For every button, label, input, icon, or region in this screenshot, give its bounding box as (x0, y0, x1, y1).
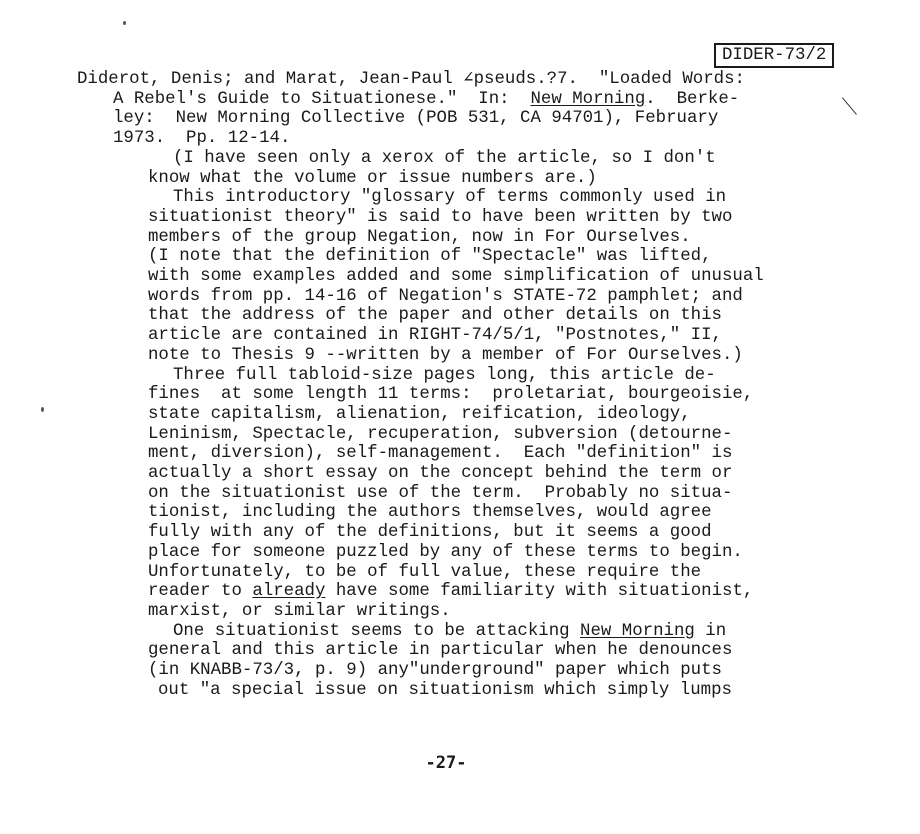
text-line: out "a special issue on situationism whi… (158, 681, 732, 701)
text-line: that the address of the paper and other … (148, 306, 722, 326)
text-line: know what the volume or issue numbers ar… (148, 169, 597, 189)
text-line: ley: New Morning Collective (POB 531, CA… (113, 109, 718, 129)
underlined-title: New Morning (530, 90, 645, 109)
text-segment: Leninism, Spectacle, recuperation, subve… (148, 425, 732, 444)
text-segment: state capitalism, alienation, reificatio… (148, 405, 691, 424)
text-line: members of the group Negation, now in Fo… (148, 228, 691, 248)
text-line: general and this article in particular w… (148, 641, 732, 661)
text-line: note to Thesis 9 --written by a member o… (148, 346, 743, 366)
text-line: with some examples added and some simpli… (148, 267, 764, 287)
text-segment: fully with any of the definitions, but i… (148, 523, 712, 542)
text-segment: This introductory "glossary of terms com… (173, 188, 726, 207)
document-code-label: DIDER-73/2 (714, 43, 834, 68)
text-segment: out "a special issue on situationism whi… (158, 681, 732, 700)
text-segment: situationist theory" is said to have bee… (148, 208, 732, 227)
text-line: 1973. Pp. 12-14. (113, 129, 290, 149)
text-segment: that the address of the paper and other … (148, 306, 722, 325)
underlined-title: already (252, 582, 325, 601)
text-segment: on the situationist use of the term. Pro… (148, 484, 732, 503)
text-segment: Three full tabloid-size pages long, this… (173, 366, 716, 385)
text-line: place for someone puzzled by any of thes… (148, 543, 743, 563)
text-segment: article are contained in RIGHT-74/5/1, "… (148, 326, 722, 345)
text-line: Three full tabloid-size pages long, this… (173, 366, 716, 386)
text-segment: reader to (148, 582, 252, 601)
text-segment: (I note that the definition of "Spectacl… (148, 247, 712, 266)
text-segment: have some familiarity with situationist, (325, 582, 753, 601)
text-segment: words from pp. 14-16 of Negation's STATE… (148, 287, 743, 306)
text-segment: general and this article in particular w… (148, 641, 732, 660)
text-line: words from pp. 14-16 of Negation's STATE… (148, 287, 743, 307)
text-segment: A Rebel's Guide to Situationese." In: (113, 90, 530, 109)
text-line: Leninism, Spectacle, recuperation, subve… (148, 425, 732, 445)
document-page: ─ ─ ─ ─ ─ ─ ─────── DIDER-73/2 Diderot, … (0, 0, 920, 834)
text-segment: ment, diversion), self-management. Each … (148, 444, 732, 463)
text-line: (I note that the definition of "Spectacl… (148, 247, 712, 267)
text-line: (in KNABB-73/3, p. 9) any"underground" p… (148, 661, 722, 681)
text-segment: Diderot, Denis; and Marat, Jean-Paul ∠ps… (77, 70, 745, 89)
text-segment: fines at some length 11 terms: proletari… (148, 385, 753, 404)
text-segment: members of the group Negation, now in Fo… (148, 228, 691, 247)
text-segment: actually a short essay on the concept be… (148, 464, 732, 483)
text-line: Unfortunately, to be of full value, thes… (148, 563, 701, 583)
text-line: actually a short essay on the concept be… (148, 464, 732, 484)
text-segment: Unfortunately, to be of full value, thes… (148, 563, 701, 582)
text-line: marxist, or similar writings. (148, 602, 451, 622)
cropped-top-line: ─ ─ ─ ─ ─ ─ ─────── (420, 0, 622, 7)
paper-speck (123, 21, 126, 25)
text-line: reader to already have some familiarity … (148, 582, 753, 602)
text-segment: with some examples added and some simpli… (148, 267, 764, 286)
text-segment: . Berke- (645, 90, 739, 109)
text-segment: place for someone puzzled by any of thes… (148, 543, 743, 562)
text-line: state capitalism, alienation, reificatio… (148, 405, 691, 425)
text-segment: (I have seen only a xerox of the article… (173, 149, 716, 168)
text-line: ment, diversion), self-management. Each … (148, 444, 732, 464)
text-segment: tionist, including the authors themselve… (148, 503, 712, 522)
text-segment: ley: New Morning Collective (POB 531, CA… (113, 109, 718, 128)
text-segment: 1973. Pp. 12-14. (113, 129, 290, 148)
text-segment: in (695, 622, 726, 641)
text-line: on the situationist use of the term. Pro… (148, 484, 732, 504)
text-line: fines at some length 11 terms: proletari… (148, 385, 753, 405)
text-line: (I have seen only a xerox of the article… (173, 149, 716, 169)
text-line: A Rebel's Guide to Situationese." In: Ne… (113, 90, 739, 110)
text-line: Diderot, Denis; and Marat, Jean-Paul ∠ps… (77, 70, 745, 90)
text-segment: One situationist seems to be attacking (173, 622, 580, 641)
text-segment: note to Thesis 9 --written by a member o… (148, 346, 743, 365)
underlined-title: New Morning (580, 622, 695, 641)
text-line: situationist theory" is said to have bee… (148, 208, 732, 228)
text-segment: marxist, or similar writings. (148, 602, 451, 621)
text-line: article are contained in RIGHT-74/5/1, "… (148, 326, 722, 346)
text-line: fully with any of the definitions, but i… (148, 523, 712, 543)
pen-mark (842, 97, 857, 114)
text-line: tionist, including the authors themselve… (148, 503, 712, 523)
page-number: -27- (0, 753, 906, 773)
text-segment: know what the volume or issue numbers ar… (148, 169, 597, 188)
text-line: This introductory "glossary of terms com… (173, 188, 726, 208)
text-segment: (in KNABB-73/3, p. 9) any"underground" p… (148, 661, 722, 680)
text-line: One situationist seems to be attacking N… (173, 622, 726, 642)
paper-speck (41, 407, 44, 412)
